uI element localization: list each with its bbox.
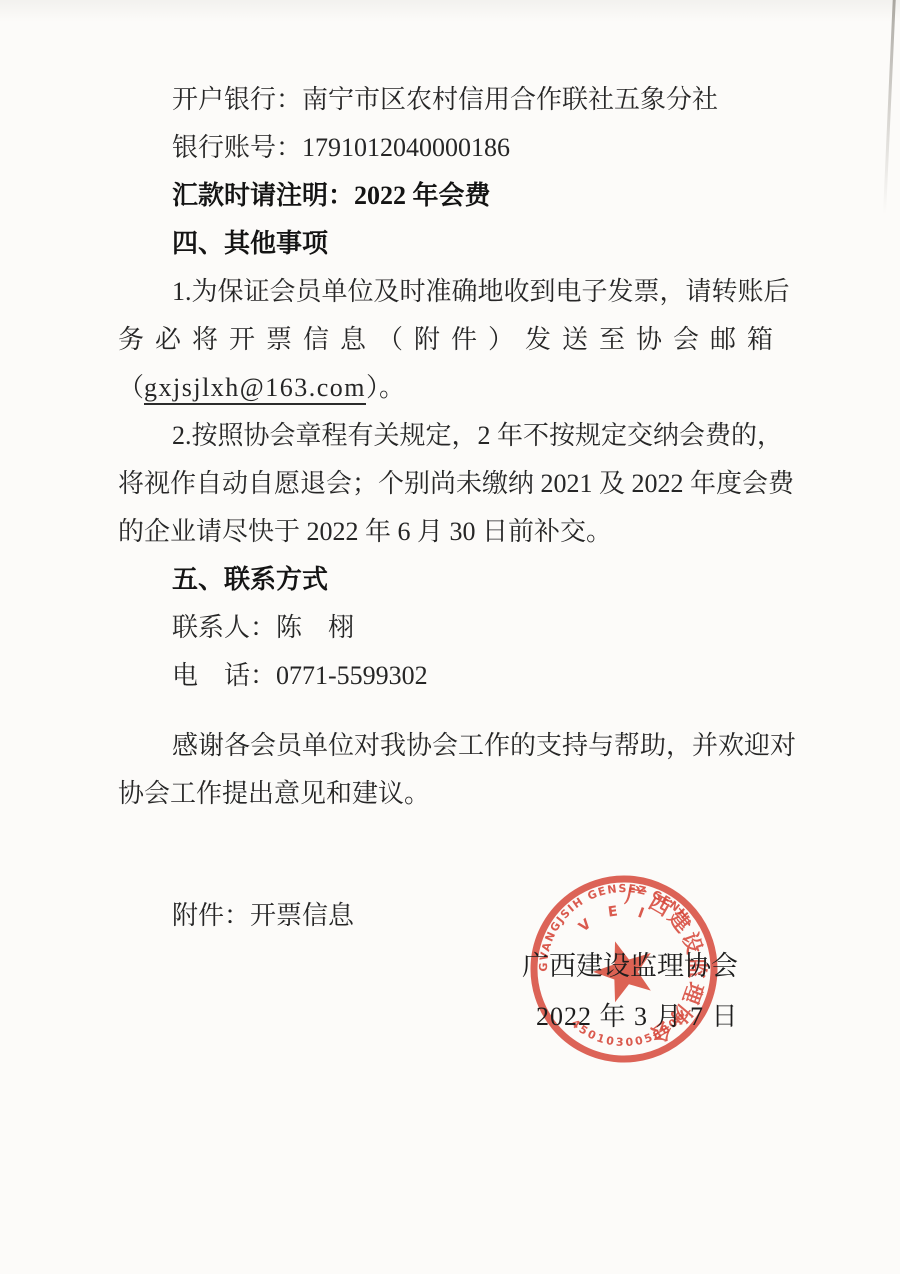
scan-top-shadow (0, 0, 900, 22)
email-open-paren: （ (118, 373, 144, 402)
section-4-heading: 四、其他事项 (118, 220, 794, 268)
signature-date: 2022 年 3 月 7 日 (536, 996, 739, 1033)
phone-line: 电 话：0771-5599302 (118, 652, 794, 700)
paper-edge-line (883, 0, 895, 214)
bank-name-line: 开户银行：南宁市区农村信用合作联社五象分社 (118, 76, 794, 124)
thanks-line-2: 协会工作提出意见和建议。 (118, 770, 794, 818)
thanks-line-1: 感谢各会员单位对我协会工作的支持与帮助，并欢迎对 (118, 722, 794, 770)
item-2-line-1: 2.按照协会章程有关规定，2 年不按规定交纳会费的， (118, 412, 794, 460)
item-2-line-3: 的企业请尽快于 2022 年 6 月 30 日前补交。 (118, 508, 794, 556)
signature-org-name: 广西建设监理协会 (522, 944, 738, 983)
item-1-line-2: 务必将开票信息（附件）发送至协会邮箱 (118, 316, 794, 364)
email-close-paren: ）。 (366, 373, 405, 402)
association-email: gxjsjlxh@163.com (144, 373, 366, 405)
section-5-heading: 五、联系方式 (118, 556, 794, 604)
item-2-line-2: 将视作自动自愿退会；个别尚未缴纳 2021 及 2022 年度会费 (118, 460, 794, 508)
item-1-line-3: （gxjsjlxh@163.com）。 (118, 364, 794, 412)
item-1-line-1: 1.为保证会员单位及时准确地收到电子发票，请转账后 (118, 268, 794, 316)
document-body: 开户银行：南宁市区农村信用合作联社五象分社 银行账号：1791012040000… (118, 76, 794, 940)
remit-note-line: 汇款时请注明：2022 年会费 (118, 172, 794, 220)
bank-account-line: 银行账号：1791012040000186 (118, 124, 794, 172)
contact-person-line: 联系人：陈 栩 (118, 604, 794, 652)
document-page: 开户银行：南宁市区农村信用合作联社五象分社 银行账号：1791012040000… (0, 0, 900, 1274)
